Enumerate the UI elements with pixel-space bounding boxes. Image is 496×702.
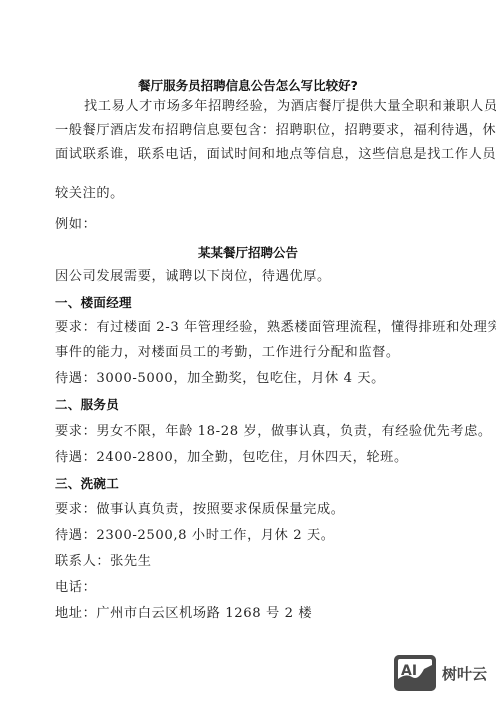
position-requirement-line: 要求：男女不限，年龄 18-28 岁，做事认真，负责，有经验优先考虑。	[55, 424, 492, 440]
position-requirement-line: 要求：做事认真负责，按照要求保质保量完成。	[55, 502, 345, 518]
watermark-brand: 树叶云	[442, 663, 487, 684]
intro-line-4: 较关注的。	[55, 186, 124, 202]
contact-phone: 电话：	[55, 580, 96, 596]
intro-line-3: 面试联系谁，联系电话，面试时间和地点等信息，这些信息是找工作人员比	[55, 147, 496, 163]
document-title: 餐厅服务员招聘信息公告怎么写比较好?	[0, 76, 496, 94]
example-label: 例如：	[55, 217, 96, 233]
watermark-logo: AI 树叶云	[394, 655, 487, 691]
position-heading-waiter: 二、服务员	[55, 397, 119, 413]
contact-address: 地址：广州市白云区机场路 1268 号 2 楼	[55, 606, 312, 622]
intro-line-2: 一般餐厅酒店发布招聘信息要包含：招聘职位，招聘要求，福利待遇，休假，	[55, 123, 496, 139]
position-requirement-line: 要求：有过楼面 2-3 年管理经验，熟悉楼面管理流程，懂得排班和处理突发	[55, 320, 496, 336]
position-benefits: 待遇：2300-2500,8 小时工作，月休 2 天。	[55, 528, 335, 544]
intro-line-1: 找工易人才市场多年招聘经验，为酒店餐厅提供大量全职和兼职人员。	[84, 99, 496, 115]
position-requirement-line: 事件的能力，对楼面员工的考勤，工作进行分配和监督。	[55, 345, 400, 361]
notice-title: 某某餐厅招聘公告	[0, 243, 496, 261]
ai-logo-icon: AI	[394, 655, 436, 691]
position-benefits: 待遇：2400-2800，加全勤，包吃住，月休四天，轮班。	[55, 450, 408, 466]
position-heading-floor-manager: 一、楼面经理	[55, 295, 132, 311]
svg-text:AI: AI	[401, 663, 417, 679]
document-page: 餐厅服务员招聘信息公告怎么写比较好? 找工易人才市场多年招聘经验，为酒店餐厅提供…	[0, 0, 496, 702]
notice-intro: 因公司发展需要，诚聘以下岗位，待遇优厚。	[55, 269, 331, 285]
position-benefits: 待遇：3000-5000，加全勤奖，包吃住，月休 4 天。	[55, 371, 385, 387]
position-heading-dishwasher: 三、洗碗工	[55, 476, 119, 492]
contact-person: 联系人：张先生	[55, 554, 152, 570]
